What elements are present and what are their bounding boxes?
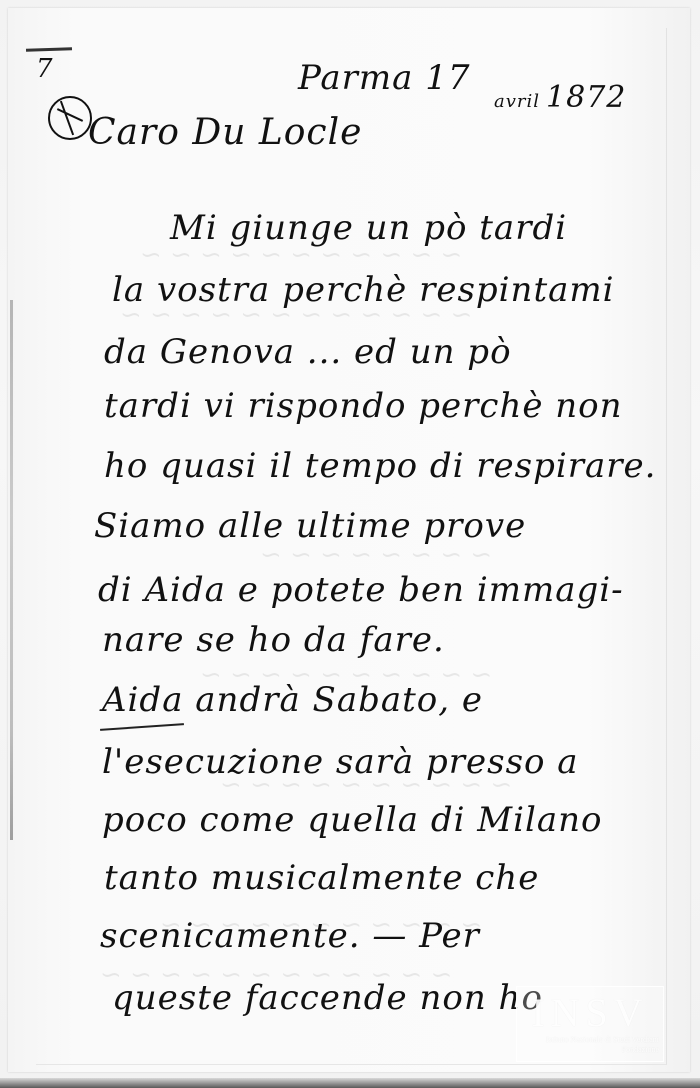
place-and-day: Parma 17 (298, 58, 470, 98)
letter-line: scenicamente. — Per (100, 916, 480, 956)
watermark-subtitle: Istituto Nazionale di Studi Verdiani Fon… (546, 1035, 659, 1055)
month: avril (494, 91, 540, 112)
letter-line: tanto musicalmente che (104, 858, 539, 898)
page-number: 7 (36, 54, 54, 84)
letter-line: Mi giunge un pò tardi (170, 208, 567, 248)
year: 1872 (546, 80, 626, 115)
letter-line: la vostra perchè respintami (112, 270, 615, 310)
watermark-subtitle-line2: Fondazione (546, 1045, 659, 1055)
letter-line: Aida andrà Sabato, e (102, 680, 483, 720)
letter-line: da Genova ... ed un pò (104, 332, 512, 372)
watermark-subtitle-line1: Istituto Nazionale di Studi Verdiani (546, 1035, 659, 1045)
watermark-letters: INSV (517, 989, 663, 1036)
insv-watermark: INSV Istituto Nazionale di Studi Verdian… (516, 986, 664, 1062)
scanned-page: ~ ~ ~ ~ ~ ~ ~ ~ ~ ~ ~ ~ ~ ~ ~ ~ ~ ~ ~ ~ … (0, 0, 700, 1088)
letter-line: nare se ho da fare. (102, 620, 445, 660)
letter-line: poco come quella di Milano (102, 800, 603, 840)
binding-edge (10, 300, 13, 840)
letter-line: di Aida e potete ben immagi- (98, 570, 624, 610)
letter-line: queste faccende non ho (112, 978, 543, 1018)
letter-line: Siamo alle ultime prove (94, 506, 526, 546)
letter-line: l'esecuzione sarà presso a (102, 742, 579, 782)
salutation: Caro Du Locle (88, 112, 362, 153)
letter-line: tardi vi rispondo perchè non (104, 386, 623, 426)
letter-line: ho quasi il tempo di respirare. (104, 446, 656, 486)
month-year: avril1872 (494, 80, 626, 115)
monogram-stamp-icon (48, 96, 92, 140)
scan-bottom-edge (0, 1078, 700, 1088)
